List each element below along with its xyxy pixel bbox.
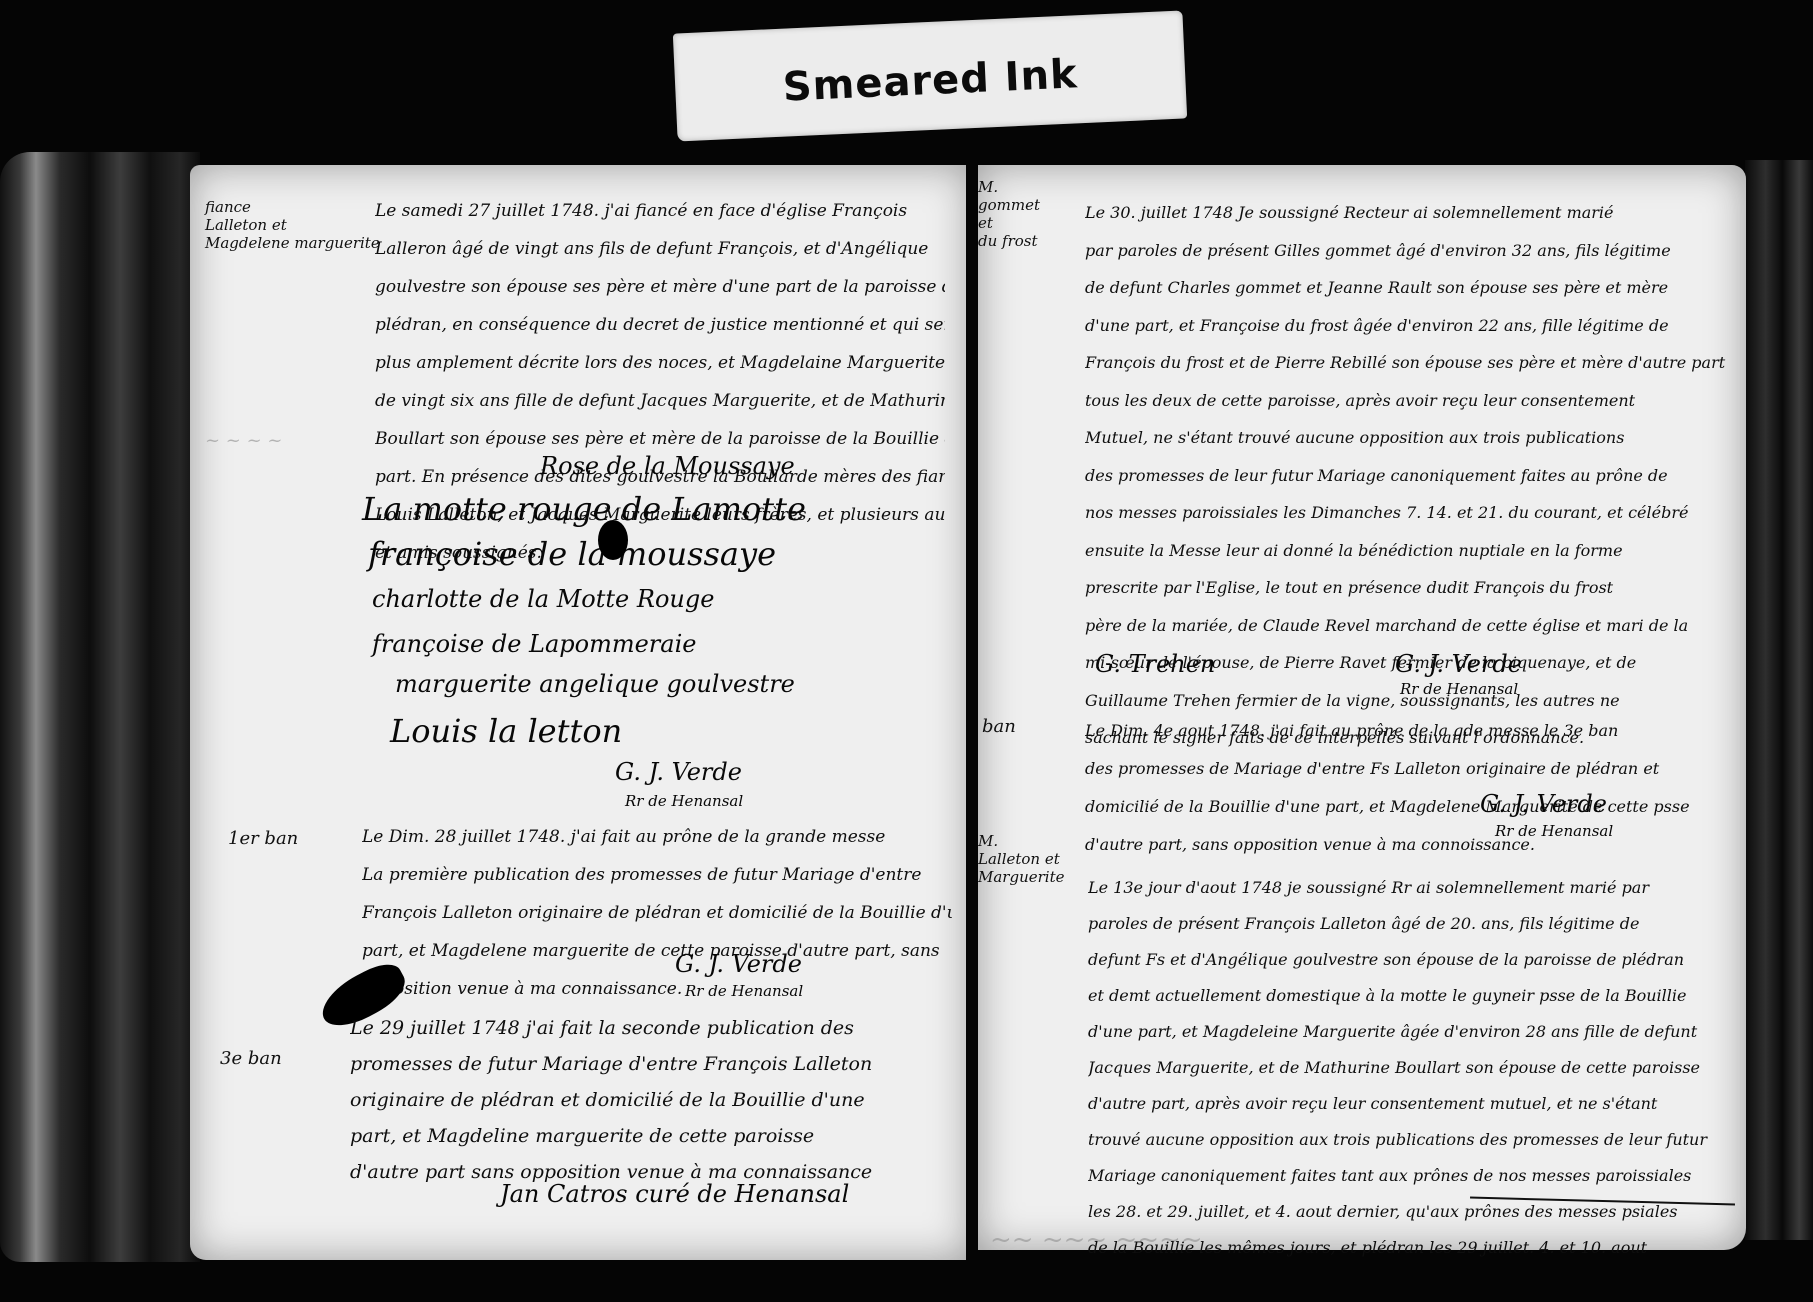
bleed-through-text: ~ ~ ~ ~ [205,430,283,451]
margin-note-1er-ban: 1er ban [228,830,298,848]
entry-line: Le 30. juillet 1748 Je soussigné Recteur… [1085,194,1730,232]
signature: G. Trehen [1095,650,1215,678]
margin-note-3e-ban: 3e ban [220,1050,282,1068]
signature-title: Rr de Henansal [1495,822,1613,840]
margin-note-gommet: M. gommet et du frost [978,178,1040,250]
entry-line: nos messes paroissiales les Dimanches 7.… [1085,494,1730,532]
signature: G. J. Verde [1395,650,1522,678]
entry-line: promesses de futur Mariage d'entre Franç… [350,1046,955,1082]
book-gutter [966,160,978,1260]
signature: Rose de la Moussaye [540,452,795,480]
entry-line: part, et Magdelene marguerite de cette p… [362,932,952,970]
entry-line: les 28. et 29. juillet, et 4. aout derni… [1088,1194,1733,1230]
entry-line: Le Dim. 28 juillet 1748. j'ai fait au pr… [362,818,952,856]
label-text: Smeared Ink [782,51,1079,110]
signature-title: Rr de Henansal [625,792,743,810]
entry-line: tous les deux de cette paroisse, après a… [1085,382,1730,420]
signature: G. J. Verde [675,950,802,978]
entry-line: trouvé aucune opposition aux trois publi… [1088,1122,1733,1158]
entry-line: Mariage canoniquement faites tant aux pr… [1088,1158,1733,1194]
entry-line: Le 29 juillet 1748 j'ai fait la seconde … [350,1010,955,1046]
signature-title: Rr de Henansal [1400,680,1518,698]
margin-note-ban: ban [982,718,1016,736]
entry-line: paroles de présent François Lalleton âgé… [1088,906,1733,942]
book-binding-left [0,152,200,1262]
entry-line: Lalleron âgé de vingt ans fils de defunt… [375,230,945,268]
margin-note-fiance: fiance Lalleton et Magdelene marguerite [205,198,380,252]
entry-line: père de la mariée, de Claude Revel march… [1085,607,1730,645]
left-entry-first-ban: Le Dim. 28 juillet 1748. j'ai fait au pr… [362,818,952,1008]
left-entry-second-ban: Le 29 juillet 1748 j'ai fait la seconde … [350,1010,955,1190]
signature: charlotte de la Motte Rouge [372,585,714,613]
signature: G. J. Verde [1480,790,1607,818]
entry-line: Le 13e jour d'aout 1748 je soussigné Rr … [1088,870,1733,906]
entry-line: prescrite par l'Eglise, le tout en prése… [1085,569,1730,607]
right-entry-marriage-lalleton: Le 13e jour d'aout 1748 je soussigné Rr … [1088,870,1733,1266]
entry-line: Le samedi 27 juillet 1748. j'ai fiancé e… [375,192,945,230]
entry-line: par paroles de présent Gilles gommet âgé… [1085,232,1730,270]
entry-line: Le Dim. 4e aout 1748. j'ai fait au prône… [1085,712,1730,750]
entry-line: d'autre part, sans opposition venue à ma… [1085,826,1730,864]
entry-line: part, et Magdeline marguerite de cette p… [350,1118,955,1154]
entry-line: François du frost et de Pierre Rebillé s… [1085,344,1730,382]
signature-title: Rr de Henansal [685,982,803,1000]
signature: françoise de la moussaye [368,535,776,573]
entry-line: de la Bouillie les mêmes jours, et plédr… [1088,1230,1733,1266]
entry-line: des promesses de leur futur Mariage cano… [1085,457,1730,495]
signature: Jan Catros curé de Henansal [500,1180,849,1208]
entry-line: ensuite la Messe leur ai donné la bénédi… [1085,532,1730,570]
entry-line: defunt Fs et d'Angélique goulvestre son … [1088,942,1733,978]
signature: La motte rouge de Lamotte [362,490,806,528]
entry-line: de vingt six ans fille de defunt Jacques… [375,382,945,420]
entry-line: des promesses de Mariage d'entre Fs Lall… [1085,750,1730,788]
entry-line: Mutuel, ne s'étant trouvé aucune opposit… [1085,419,1730,457]
signature: françoise de Lapommeraie [372,630,696,658]
entry-line: d'autre part, après avoir reçu leur cons… [1088,1086,1733,1122]
entry-line: de defunt Charles gommet et Jeanne Rault… [1085,269,1730,307]
entry-line: d'une part, et Magdeleine Marguerite âgé… [1088,1014,1733,1050]
entry-line: domicilié de la Bouillie d'une part, et … [1085,788,1730,826]
ink-blot [598,520,628,560]
book-binding-right [1745,160,1813,1240]
entry-line: originaire de plédran et domicilié de la… [350,1082,955,1118]
entry-line: d'une part, et Françoise du frost âgée d… [1085,307,1730,345]
entry-line: opposition venue à ma connaissance. [362,970,952,1008]
signature: G. J. Verde [615,758,742,786]
smeared-ink-label: Smeared Ink [673,10,1187,141]
signature: Louis la letton [390,712,622,750]
margin-note-lalleton: M. Lalleton et Marguerite [978,832,1064,886]
entry-line: François Lalleton originaire de plédran … [362,894,952,932]
entry-line: plus amplement décrite lors des noces, e… [375,344,945,382]
entry-line: La première publication des promesses de… [362,856,952,894]
signature: marguerite angelique goulvestre [395,670,795,698]
entry-line: goulvestre son épouse ses père et mère d… [375,268,945,306]
entry-line: plédran, en conséquence du decret de jus… [375,306,945,344]
right-entry-third-ban: Le Dim. 4e aout 1748. j'ai fait au prône… [1085,712,1730,864]
entry-line: Jacques Marguerite, et de Mathurine Boul… [1088,1050,1733,1086]
entry-line: et demt actuellement domestique à la mot… [1088,978,1733,1014]
